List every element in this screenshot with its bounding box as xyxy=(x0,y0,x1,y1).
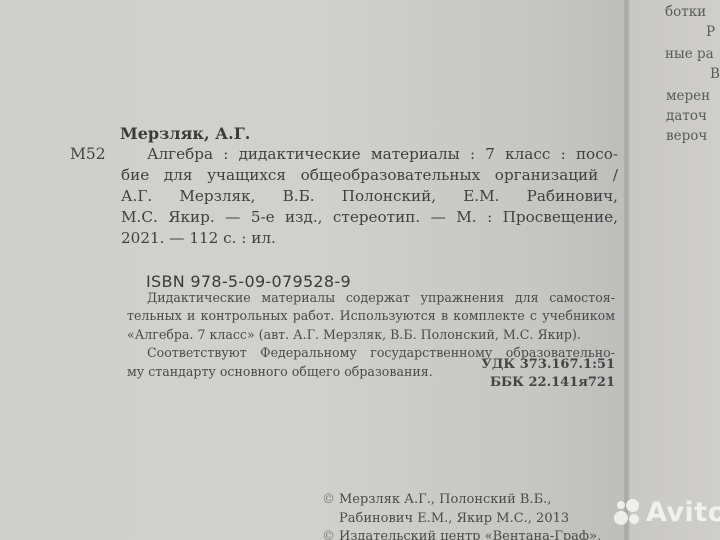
copyright-icon: © xyxy=(322,529,335,540)
author-heading: Мерзляк, А.Г. xyxy=(120,124,250,143)
right-page-line: даточ xyxy=(666,108,707,124)
abstract-line: тельных и контрольных работ. Используютс… xyxy=(127,307,615,325)
avito-logo-icon xyxy=(612,499,640,527)
right-page-line: Р xyxy=(706,24,715,40)
description-line: А.Г. Мерзляк, В.Б. Полонский, Е.М. Рабин… xyxy=(121,186,618,207)
right-page-line: В xyxy=(710,66,720,82)
right-page-line: вероч xyxy=(666,128,707,144)
copyright-line: Издательский центр «Вентана-Граф», xyxy=(339,529,601,540)
udk-code: УДК 373.167.1:51 xyxy=(481,357,615,372)
copyright-block: ©Мерзляк А.Г., Полонский В.Б., Рабинович… xyxy=(322,491,601,540)
description-line: М.С. Якир. — 5-е изд., стереотип. — М. :… xyxy=(121,207,618,228)
copyright-icon: © xyxy=(322,492,335,507)
description-line: бие для учащихся общеобразовательных орг… xyxy=(121,165,618,186)
bibliographic-description: Алгебра : дидактические материалы : 7 кл… xyxy=(121,144,618,249)
copyright-line: Мерзляк А.Г., Полонский В.Б., xyxy=(339,492,551,507)
abstract-line: Дидактические материалы содержат упражне… xyxy=(127,289,615,307)
description-line: 2021. — 112 с. : ил. xyxy=(121,228,618,249)
right-page xyxy=(630,0,720,540)
right-page-line: мерен xyxy=(666,88,710,104)
right-page-line: ные ра xyxy=(665,46,714,62)
bbk-code: ББК 22.141я721 xyxy=(490,375,615,390)
avito-watermark: Avito xyxy=(612,497,720,528)
copyright-line: Рабинович Е.М., Якир М.С., 2013 xyxy=(322,510,601,529)
avito-wordmark: Avito xyxy=(646,497,720,528)
description-line: Алгебра : дидактические материалы : 7 кл… xyxy=(121,144,618,165)
left-page xyxy=(0,0,628,540)
right-page-line: ботки xyxy=(665,4,706,20)
abstract-line: «Алгебра. 7 класс» (авт. А.Г. Мерзляк, В… xyxy=(127,326,615,344)
classification-code: М52 xyxy=(70,145,106,163)
